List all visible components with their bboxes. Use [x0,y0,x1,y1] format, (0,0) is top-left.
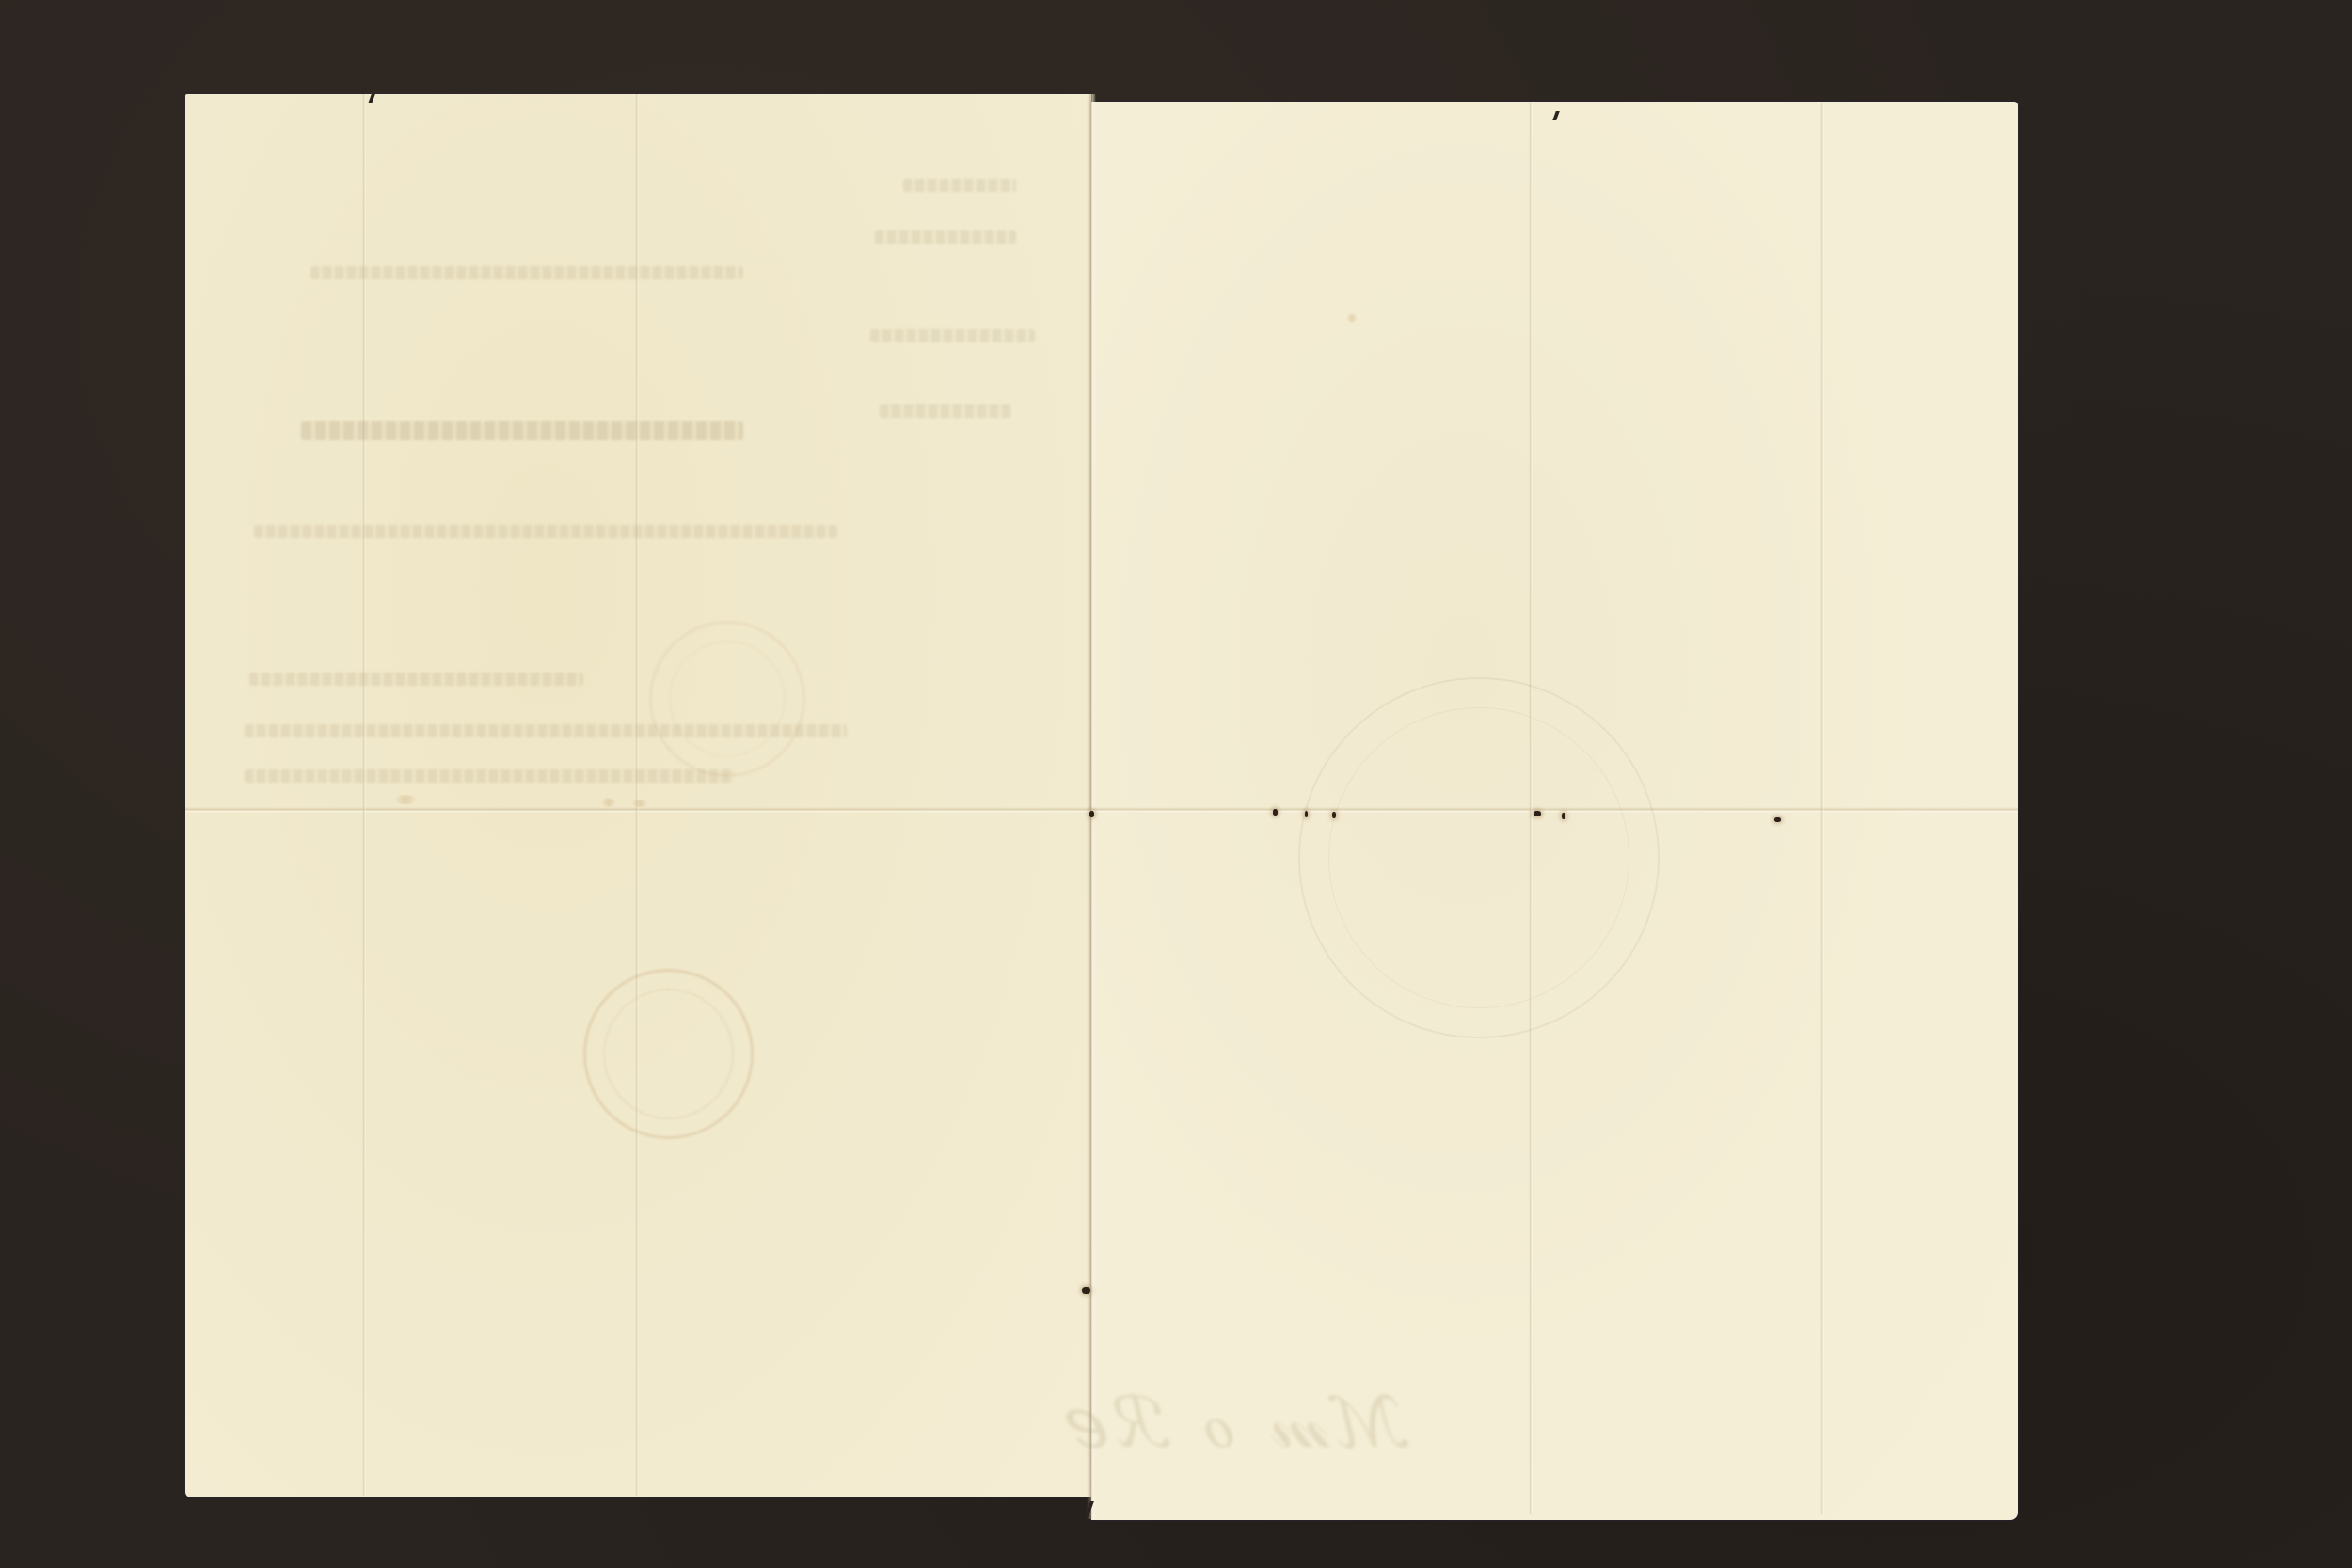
vertical-crease [635,94,639,1496]
ink-stamp-bleed [583,969,754,1139]
pinhole [1562,813,1565,819]
bleed-through-text [310,266,743,279]
horizontal-fold-crease [185,807,2018,813]
bleed-through-text [903,179,1016,192]
pinhole [1534,811,1541,816]
stain [632,800,647,807]
bleed-through-text [880,404,1011,418]
pinhole [1082,1287,1090,1294]
pinhole [1273,809,1278,816]
signature-bleed-glyphs: ℳ𝓂 ℴ ℛℯ [828,1383,1411,1467]
pinhole [1305,811,1308,817]
bleed-through-text [870,329,1035,342]
stain [602,798,615,807]
stain [395,795,416,804]
pinhole [1332,812,1336,818]
bleed-through-text [254,525,837,538]
pinhole [1089,811,1094,817]
bleed-through-text [875,230,1016,244]
bleed-through-text [245,769,734,783]
bleed-through-text [249,673,583,686]
stain [1347,313,1357,323]
faint-stamp-bleed [649,621,805,777]
vertical-crease [1820,103,1824,1514]
embossed-seal [1298,677,1660,1038]
vertical-crease [362,94,366,1496]
bleed-through-heading [301,421,743,440]
pinhole [1774,817,1781,822]
